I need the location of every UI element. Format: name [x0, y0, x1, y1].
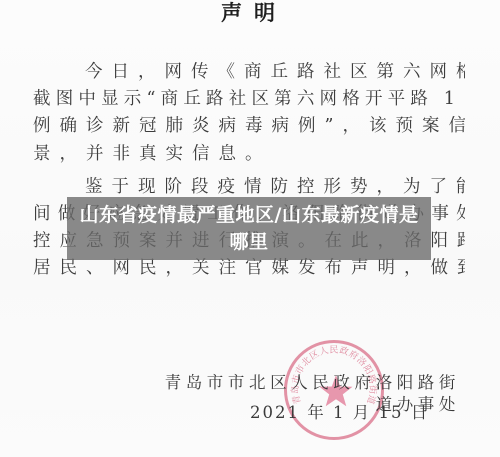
- text-line: 例确诊新冠肺炎病毒病例”，该预案信息为模拟演练假定情: [33, 113, 465, 140]
- text-line: 今日，网传《商丘路社区第六网格疫情防控应急预案》: [33, 59, 465, 86]
- paragraph-1: 今日，网传《商丘路社区第六网格疫情防控应急预案》 截图中显示“商丘路社区第六网格…: [33, 59, 465, 168]
- document-title: 声明: [0, 0, 500, 26]
- text-line: 截图中显示“商丘路社区第六网格开平路 1 号 101 户发现 1: [33, 86, 465, 113]
- issue-date: 2021 年 1 月 15 日: [250, 402, 429, 424]
- text-line: 景，并非真实信息。: [33, 141, 465, 168]
- document-page: 声明 今日，网传《商丘路社区第六网格疫情防控应急预案》 截图中显示“商丘路社区第…: [0, 0, 500, 457]
- headline-overlay: 山东省疫情最严重地区/山东最新疫情是哪里: [67, 197, 431, 260]
- headline-title[interactable]: 山东省疫情最严重地区/山东最新疫情是哪里: [79, 202, 419, 256]
